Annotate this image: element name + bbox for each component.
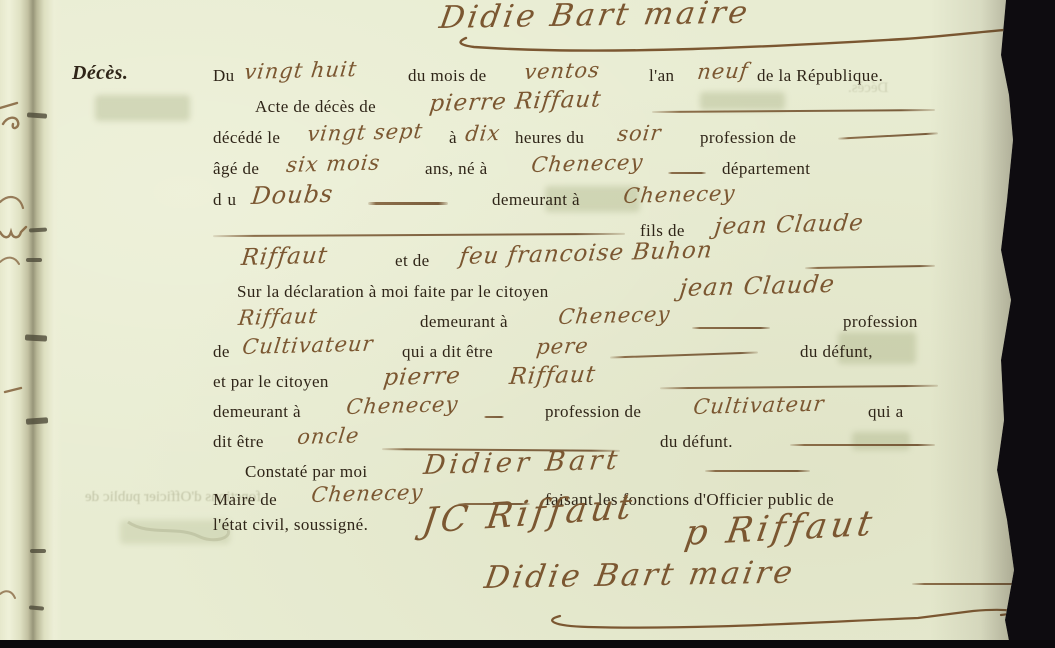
printed-text: profession de (700, 128, 796, 148)
handwritten-profession: Cultivateur (241, 331, 375, 359)
fill-rule (368, 202, 448, 205)
printed-text: heures du (515, 128, 584, 148)
handwritten-hour: dix (464, 121, 502, 146)
handwritten-deceased-name: pierre Riffaut (428, 86, 603, 117)
printed-text: à (449, 128, 457, 148)
printed-text: l'an (649, 66, 674, 86)
signature-jc-riffaut: JC Riffaut (420, 487, 638, 542)
printed-text: Du (213, 66, 235, 86)
handwritten-relationship: oncle (296, 423, 361, 449)
handwritten-declarant1-surname: Riffaut (237, 304, 319, 330)
handwritten-declarant1-firstname: jean Claude (678, 270, 837, 302)
binding-stitch (26, 258, 42, 262)
handwritten-relationship: pere (535, 334, 590, 359)
bleed-through-mark (700, 92, 785, 110)
top-signature-didie-bart-maire: Didie Bart maire (437, 0, 753, 36)
printed-text: demeurant à (213, 402, 301, 422)
handwritten-residence: Chenecey (622, 181, 737, 208)
printed-text: demeurant à (420, 312, 508, 332)
handwritten-age: six mois (285, 150, 382, 177)
printed-text: dit être (213, 432, 264, 452)
fill-rule (213, 233, 625, 237)
printed-text: âgé de (213, 159, 259, 179)
bleed-through-mark (95, 95, 190, 121)
printed-text: du (213, 190, 242, 210)
handwritten-department: Doubs (250, 180, 335, 210)
handwritten-declarant2-surname: Riffaut (508, 362, 597, 390)
fill-rule (790, 444, 935, 446)
printed-text: Acte de décès de (255, 97, 376, 117)
handwritten-date-day: vingt huit (243, 57, 359, 84)
handwritten-mayor-name: Didier Bart (422, 445, 623, 481)
printed-text: Sur la déclaration à moi faite par le ci… (237, 282, 549, 302)
handwritten-time-of-day: soir (616, 121, 663, 146)
fill-rule (652, 109, 935, 113)
printed-text: qui a (868, 402, 904, 422)
margin-label-deces: Décès. (72, 62, 128, 85)
fill-rule (668, 172, 706, 174)
fill-rule (705, 470, 810, 472)
handwritten-father-firstname: jean Claude (713, 210, 865, 240)
handwritten-commune: Chenecey (310, 480, 425, 507)
fill-rule (912, 583, 1037, 585)
printed-text: du mois de (408, 66, 487, 86)
printed-text: ans, né à (425, 159, 488, 179)
printed-text: profession (843, 312, 918, 332)
signature-p-riffaut: p Riffaut (682, 504, 879, 554)
printed-text: de la République. (757, 66, 883, 86)
handwritten-residence: Chenecey (345, 392, 460, 419)
fill-rule (838, 132, 938, 139)
fill-rule (484, 416, 504, 418)
handwritten-profession: Cultivateur (692, 391, 826, 419)
handwritten-year: neuf (696, 59, 750, 84)
fill-rule (692, 327, 770, 329)
handwritten-birthplace: Chenecey (530, 150, 645, 177)
handwritten-residence: Chenecey (557, 302, 672, 329)
printed-text: l'état civil, soussigné. (213, 515, 368, 535)
printed-text: département (722, 159, 810, 179)
book-binding-fold (0, 0, 62, 641)
handwritten-declarant2-firstname: pierre (382, 363, 462, 391)
printed-text: demeurant à (492, 190, 580, 210)
handwritten-death-day: vingt sept (306, 119, 424, 146)
handwritten-father-surname: Riffaut (240, 243, 329, 271)
printed-text: qui a dit être (402, 342, 493, 362)
printed-text: profession de (545, 402, 641, 422)
fill-rule (610, 351, 758, 358)
binding-stitch (25, 334, 47, 341)
handwritten-month: ventos (523, 58, 601, 84)
page-edge-shadow (930, 0, 1022, 641)
printed-text: décédé le (213, 128, 280, 148)
fill-rule (805, 265, 935, 269)
printed-text: du défunt, (800, 342, 873, 362)
bleed-through-mark (852, 432, 910, 450)
document-page: fonctions d'Officier public de Décès. Di… (0, 0, 1022, 641)
printed-text: et de (395, 251, 430, 271)
printed-text: Constaté par moi (245, 462, 368, 482)
printed-text: de (213, 342, 230, 362)
scan-background-bottom (0, 640, 1055, 648)
printed-text: du défunt. (660, 432, 733, 452)
binding-stitch (30, 549, 46, 553)
printed-text: et par le citoyen (213, 372, 329, 392)
printed-text: Maire de (213, 490, 277, 510)
fill-rule (660, 385, 938, 389)
handwritten-mother-name: feu francoise Buhon (458, 237, 714, 270)
signature-didie-bart-maire: Didie Bart maire (482, 554, 798, 596)
